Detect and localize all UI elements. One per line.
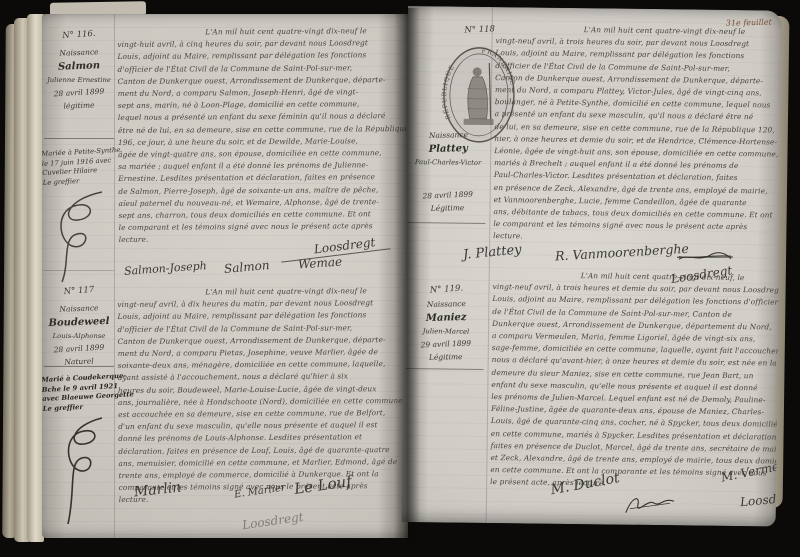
signature-official: Loosdregt [739, 490, 781, 510]
record-surname: Boudeweel [46, 316, 112, 329]
record-date: 28 avril 1899 [410, 189, 486, 201]
record-116-margin: N° 116. Naissance Salmon Julienne Ernest… [46, 30, 112, 110]
signature-comparant: J. Plattey [462, 242, 522, 262]
record-category: Naissance [408, 299, 484, 310]
manuscript-line: être né de lui, en sa demeure, sise en c… [118, 123, 402, 137]
record-given-names: Julienne Ernestine [46, 76, 112, 84]
left-page: N° 116. Naissance Salmon Julienne Ernest… [42, 14, 408, 538]
margin-separator [44, 366, 114, 367]
record-status: légitime [46, 100, 112, 111]
record-category: Naissance [410, 130, 486, 141]
record-date: 29 avril 1899 [408, 338, 484, 350]
record-status: Légitime [409, 203, 485, 214]
right-page: 31e feuillet RÉPUBLIQUE FRANÇAISE N° 118 [402, 6, 782, 527]
greffier-paraph-flourish [58, 416, 114, 526]
signature-official: Loosdregt [241, 510, 304, 532]
margin-separator [44, 270, 114, 271]
signature-comparant: Salmon-Joseph [124, 259, 207, 278]
record-118-margin: N° 118 Naissance Plattey Paul-Charles-Vi… [409, 24, 487, 213]
record-surname: Maniez [408, 312, 484, 325]
record-117-marriage-note: Marié à Coudekerque-Bche le 9 avril 1921… [42, 372, 121, 414]
record-date: 28 avril 1899 [46, 342, 112, 354]
witness-signature-scribble [624, 493, 676, 520]
record-119-body: L'An mil huit cent quatre-vingt dix-neuf… [490, 269, 775, 492]
margin-separator [407, 222, 485, 224]
record-given-names: Julien-Marcel [408, 327, 484, 336]
signature-witness: Wemae [298, 254, 343, 271]
record-116-body: L'An mil huit cent quatre-vingt dix-neuf… [117, 25, 403, 247]
margin-rule-left [114, 14, 115, 538]
record-number: N° 116. [46, 28, 113, 43]
record-117-body: L'An mil huit cent quatre-vingt dix-neuf… [117, 285, 403, 507]
manuscript-line: soixante-deux ans, ménagère, domiciliée … [118, 358, 402, 372]
record-number: N° 117 [46, 284, 113, 299]
record-surname: Plattey [410, 143, 486, 156]
manuscript-line: Louis, adjoint au Maire, remplissant par… [117, 309, 401, 323]
record-surname: Salmon [46, 60, 112, 73]
record-given-names: Paul-Charles-Victor [410, 158, 486, 167]
record-category: Naissance [46, 47, 112, 58]
record-116-marriage-note: Mariée à Petite-Synthele 17 juin 1916 av… [42, 146, 119, 188]
signature-witness: R. Vanmoorenberghe [555, 241, 690, 264]
record-given-names: Louis-Alphonse [46, 332, 112, 340]
record-117-margin: N° 117 Naissance Boudeweel Louis-Alphons… [46, 286, 112, 366]
manuscript-line: Louis, adjoint au Maire, remplissant par… [117, 49, 401, 63]
record-category: Naissance [46, 303, 112, 314]
margin-separator [44, 138, 114, 139]
record-status: Légitime [408, 352, 484, 363]
manuscript-line: le comparant et les témoins signé avec n… [119, 220, 403, 234]
record-118-body: L'An mil huit cent quatre-vingt dix-neuf… [493, 23, 776, 246]
margin-separator [406, 368, 484, 370]
record-119-margin: N° 119. Naissance Maniez Julien-Marcel 2… [408, 284, 485, 362]
record-number: N° 119. [408, 282, 484, 296]
record-date: 28 avril 1899 [46, 86, 112, 98]
signature-witness: Salmon [223, 258, 270, 276]
manuscript-line: Canton de Dunkerque ouest, Arrondissemen… [118, 74, 402, 88]
register-scan: N° 116. Naissance Salmon Julienne Ernest… [0, 0, 800, 557]
